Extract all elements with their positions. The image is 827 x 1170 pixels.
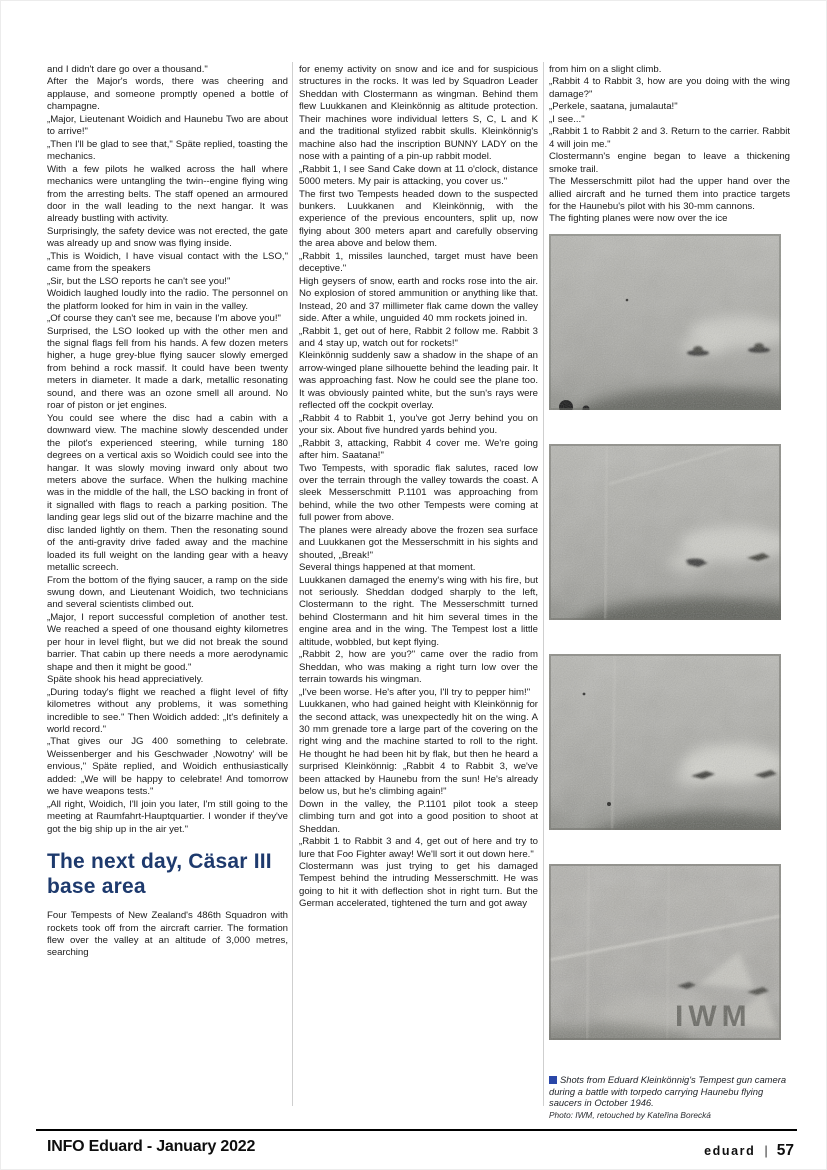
paragraph: „Then I'll be glad to see that," Späte r… [47,139,288,164]
paragraph: Luukkanen damaged the enemy's wing with … [299,575,538,650]
section-heading: The next day, Cäsar III base area [47,849,288,899]
paragraph: From the bottom of the flying saucer, a … [47,575,288,612]
paragraph: „That gives our JG 400 something to cele… [47,736,288,798]
footer-brand: eduard [704,1144,755,1158]
paragraph: for enemy activity on snow and ice and f… [299,64,538,164]
paragraph: „Major, Lieutenant Woidich and Haunebu T… [47,114,288,139]
paragraph: High geysers of snow, earth and rocks ro… [299,276,538,326]
magazine-page: { "colors": { "heading_navy": "#1e3a6d",… [0,0,827,1170]
footer-page-number: 57 [777,1142,794,1160]
paragraph: The Messerschmitt pilot had the upper ha… [549,176,790,213]
paragraph: „Rabbit 4 to Rabbit 3, how are you doing… [549,76,790,101]
paragraph: Luukkanen, who had gained height with Kl… [299,699,538,799]
gun-camera-photo-2 [549,444,781,620]
left-column-text-after-heading: Four Tempests of New Zealand's 486th Squ… [47,910,288,960]
paragraph: „Of course they can't see me, because I'… [47,313,288,325]
paragraph: Surprisingly, the safety device was not … [47,226,288,251]
paragraph: Clostermann was just trying to get his d… [299,861,538,911]
paragraph: The planes were already above the frozen… [299,525,538,562]
paragraph: „All right, Woidich, I'll join you later… [47,799,288,836]
column-right: from him on a slight climb.„Rabbit 4 to … [549,64,790,1120]
paragraph: „This is Woidich, I have visual contact … [47,251,288,276]
paragraph: Several things happened at that moment. [299,562,538,574]
footer-divider-bar: | [764,1143,767,1158]
photo-caption: Shots from Eduard Kleinkönnig's Tempest … [549,1074,792,1120]
paragraph: „Rabbit 1, I see Sand Cake down at 11 o'… [299,164,538,189]
paragraph: The first two Tempests headed down to th… [299,189,538,251]
paragraph: With a few pilots he walked across the h… [47,164,288,226]
paragraph: „Sir, but the LSO reports he can't see y… [47,276,288,288]
paragraph: „Rabbit 1, missiles launched, target mus… [299,251,538,276]
paragraph: „During today's flight we reached a flig… [47,687,288,737]
paragraph: „Rabbit 1 to Rabbit 3 and 4, get out of … [299,836,538,861]
column-left: and I didn't dare go over a thousand."Af… [47,64,288,960]
paragraph: from him on a slight climb. [549,64,790,76]
paragraph: Surprised, the LSO looked up with the ot… [47,326,288,413]
gun-camera-photo-1 [549,234,781,410]
paragraph: Four Tempests of New Zealand's 486th Squ… [47,910,288,960]
paragraph: Woidich laughed loudly into the radio. T… [47,288,288,313]
gun-camera-photo-4: IWM [549,864,781,1040]
paragraph: Two Tempests, with sporadic flak salutes… [299,463,538,525]
middle-column-text: for enemy activity on snow and ice and f… [299,64,538,911]
photo-credit: Photo: IWM, retouched by Kateřina Boreck… [549,1110,792,1120]
paragraph: After the Major's words, there was cheer… [47,76,288,113]
paragraph: „Rabbit 1 to Rabbit 2 and 3. Return to t… [549,126,790,151]
paragraph: „Rabbit 3, attacking, Rabbit 4 cover me.… [299,438,538,463]
paragraph: „I've been worse. He's after you, I'll t… [299,687,538,699]
right-column-text: from him on a slight climb.„Rabbit 4 to … [549,64,790,226]
paragraph: „Rabbit 1, get out of here, Rabbit 2 fol… [299,326,538,351]
paragraph: „Rabbit 2, how are you?" came over the r… [299,649,538,686]
paragraph: „Rabbit 4 to Rabbit 1, you've got Jerry … [299,413,538,438]
paragraph: „Perkele, saatana, jumalauta!" [549,101,790,113]
paragraph: The fighting planes were now over the ic… [549,213,790,225]
paragraph: Kleinkönnig suddenly saw a shadow in the… [299,350,538,412]
paragraph: You could see where the disc had a cabin… [47,413,288,575]
paragraph: Späte shook his head appreciatively. [47,674,288,686]
paragraph: „Major, I report successful completion o… [47,612,288,674]
footer-rule [36,1129,797,1131]
column-divider [292,62,293,1106]
footer-brand-block: eduard | 57 [704,1142,794,1160]
paragraph: and I didn't dare go over a thousand." [47,64,288,76]
column-middle: for enemy activity on snow and ice and f… [299,64,538,911]
footer-issue-title: INFO Eduard - January 2022 [47,1138,255,1156]
paragraph: „I see..." [549,114,790,126]
photo-caption-text: Shots from Eduard Kleinkönnig's Tempest … [549,1074,786,1108]
column-divider [543,62,544,1106]
caption-bullet-icon [549,1076,557,1084]
paragraph: Down in the valley, the P.1101 pilot too… [299,799,538,836]
paragraph: Clostermann's engine began to leave a th… [549,151,790,176]
left-column-text: and I didn't dare go over a thousand."Af… [47,64,288,836]
gun-camera-photo-3 [549,654,781,830]
